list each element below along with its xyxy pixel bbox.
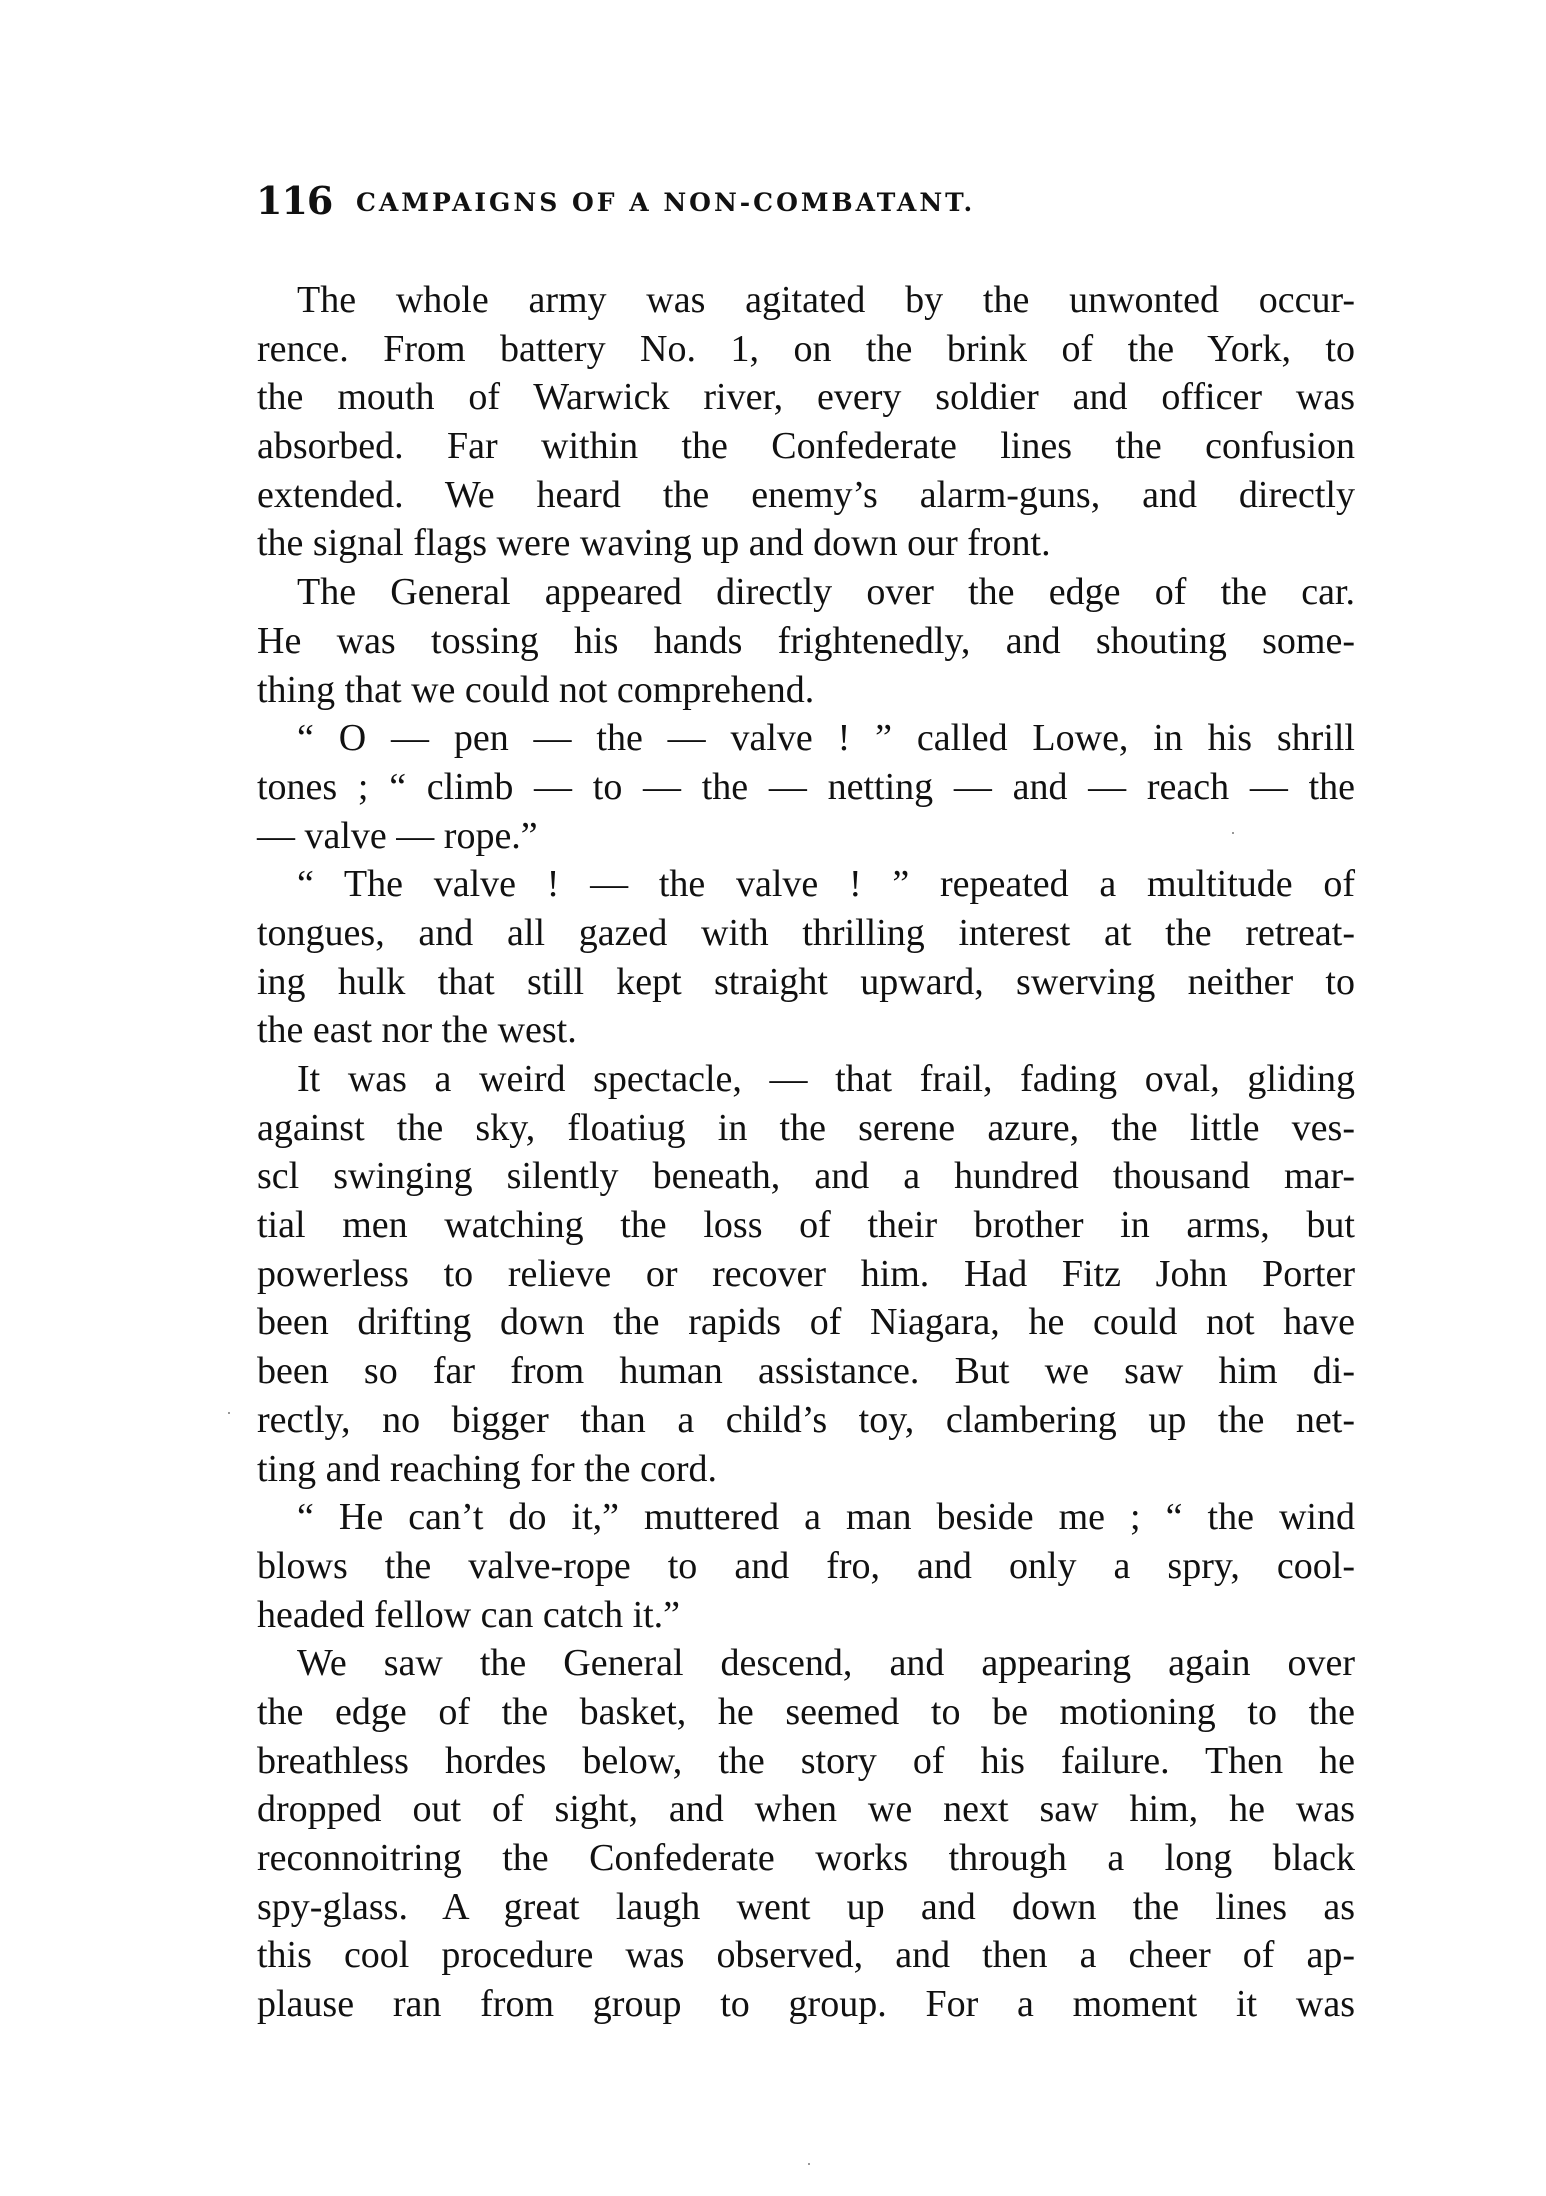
text-line: The General appeared directly over the e… bbox=[257, 568, 1355, 617]
text-line: “ The valve ! — the valve ! ” repeated a… bbox=[257, 860, 1355, 909]
text-line: scl swinging silently beneath, and a hun… bbox=[257, 1152, 1355, 1201]
text-line: It was a weird spectacle, — that frail, … bbox=[257, 1055, 1355, 1104]
text-line: the edge of the basket, he seemed to be … bbox=[257, 1688, 1355, 1737]
text-line: He was tossing his hands frightenedly, a… bbox=[257, 617, 1355, 666]
text-line: breathless hordes below, the story of hi… bbox=[257, 1737, 1355, 1786]
text-line: against the sky, floatiug in the serene … bbox=[257, 1104, 1355, 1153]
scan-speck bbox=[228, 1412, 230, 1414]
text-line: rence. From battery No. 1, on the brink … bbox=[257, 325, 1355, 374]
text-line: The whole army was agitated by the unwon… bbox=[257, 276, 1355, 325]
running-title: CAMPAIGNS OF A NON-COMBATANT. bbox=[356, 188, 975, 217]
text-line: headed fellow can catch it.” bbox=[257, 1591, 1355, 1640]
text-line: powerless to relieve or recover him. Had… bbox=[257, 1250, 1355, 1299]
text-line: absorbed. Far within the Confederate lin… bbox=[257, 422, 1355, 471]
text-line: “ O — pen — the — valve ! ” called Lowe,… bbox=[257, 714, 1355, 763]
text-line: ting and reaching for the cord. bbox=[257, 1445, 1355, 1494]
body-text: The whole army was agitated by the unwon… bbox=[257, 276, 1355, 2029]
text-line: rectly, no bigger than a child’s toy, cl… bbox=[257, 1396, 1355, 1445]
text-line: spy-glass. A great laugh went up and dow… bbox=[257, 1883, 1355, 1932]
text-line: tones ; “ climb — to — the — netting — a… bbox=[257, 763, 1355, 812]
book-page: 116 CAMPAIGNS OF A NON-COMBATANT. The wh… bbox=[0, 0, 1546, 2196]
scan-speck bbox=[808, 2163, 810, 2165]
text-line: “ He can’t do it,” muttered a man beside… bbox=[257, 1493, 1355, 1542]
text-line: We saw the General descend, and appearin… bbox=[257, 1639, 1355, 1688]
text-line: plause ran from group to group. For a mo… bbox=[257, 1980, 1355, 2029]
text-line: tial men watching the loss of their brot… bbox=[257, 1201, 1355, 1250]
text-line: ing hulk that still kept straight upward… bbox=[257, 958, 1355, 1007]
text-line: reconnoitring the Confederate works thro… bbox=[257, 1834, 1355, 1883]
text-line: been so far from human assistance. But w… bbox=[257, 1347, 1355, 1396]
text-line: tongues, and all gazed with thrilling in… bbox=[257, 909, 1355, 958]
text-line: the east nor the west. bbox=[257, 1006, 1355, 1055]
text-line: — valve — rope.” bbox=[257, 812, 1355, 861]
text-line: this cool procedure was observed, and th… bbox=[257, 1931, 1355, 1980]
scan-speck bbox=[1232, 832, 1234, 834]
page-number: 116 bbox=[256, 178, 332, 223]
text-line: extended. We heard the enemy’s alarm-gun… bbox=[257, 471, 1355, 520]
text-line: the mouth of Warwick river, every soldie… bbox=[257, 373, 1355, 422]
text-line: the signal flags were waving up and down… bbox=[257, 519, 1355, 568]
text-line: thing that we could not comprehend. bbox=[257, 666, 1355, 715]
text-line: blows the valve-rope to and fro, and onl… bbox=[257, 1542, 1355, 1591]
text-line: been drifting down the rapids of Niagara… bbox=[257, 1298, 1355, 1347]
text-line: dropped out of sight, and when we next s… bbox=[257, 1785, 1355, 1834]
running-head: 116 CAMPAIGNS OF A NON-COMBATANT. bbox=[256, 178, 1356, 228]
